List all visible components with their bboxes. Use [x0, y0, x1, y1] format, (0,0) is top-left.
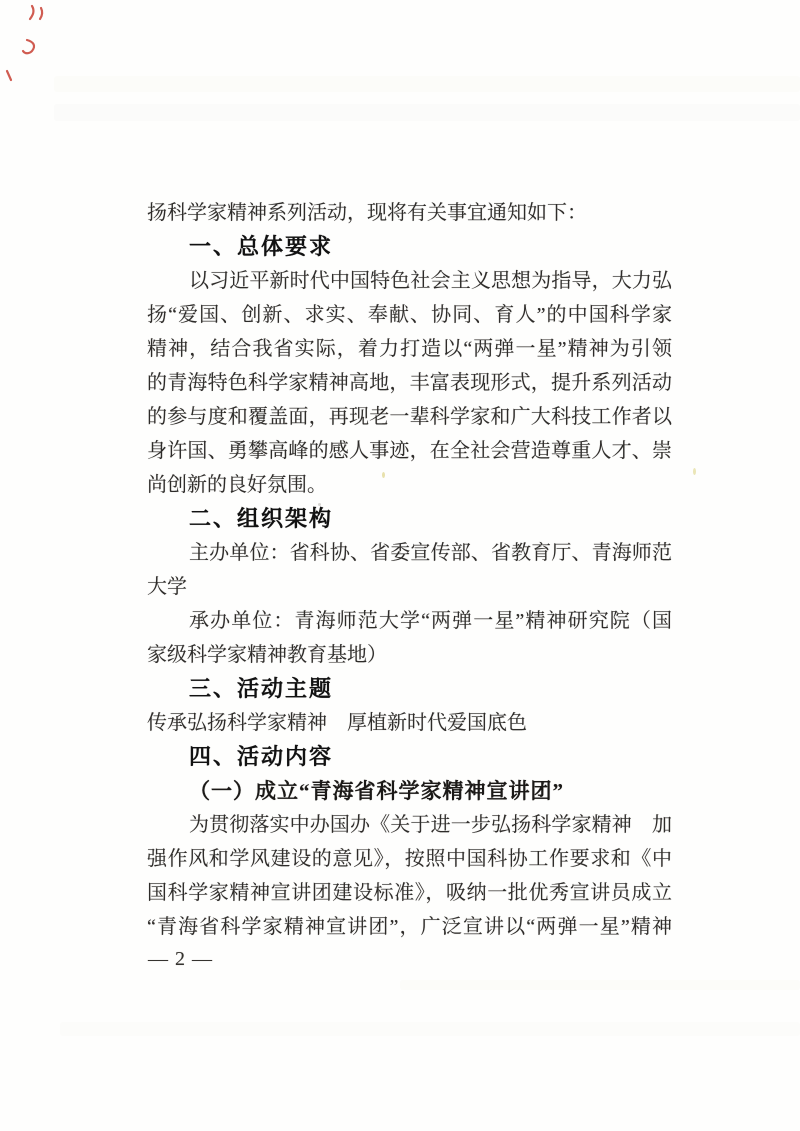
- scan-artifact-band: [400, 980, 800, 990]
- body-line: 扬“爱国、创新、求实、奉献、协同、育人”的中国科学家: [147, 298, 672, 332]
- body-line: 主办单位：省科协、省委宣传部、省教育厅、青海师范: [147, 536, 672, 570]
- section-heading: 四、活动内容: [147, 740, 672, 774]
- body-line: 国科学家精神宣讲团建设标准》，吸纳一批优秀宣讲员成立: [147, 876, 672, 910]
- body-line: 为贯彻落实中办国办《关于进一步弘扬科学家精神 加: [147, 808, 672, 842]
- body-line: 精神，结合我省实际，着力打造以“两弹一星”精神为引领: [147, 332, 672, 366]
- body-line: 身许国、勇攀高峰的感人事迹，在全社会营造尊重人才、崇: [147, 434, 672, 468]
- text-lines: 扬科学家精神系列活动，现将有关事宜通知如下：一、总体要求以习近平新时代中国特色社…: [147, 196, 672, 944]
- body-line: 以习近平新时代中国特色社会主义思想为指导，大力弘: [147, 264, 672, 298]
- section-heading: 三、活动主题: [147, 672, 672, 706]
- section-heading: 一、总体要求: [147, 230, 672, 264]
- body-line: 的青海特色科学家精神高地，丰富表现形式，提升系列活动: [147, 366, 672, 400]
- scan-speck: [693, 468, 696, 475]
- body-line: “青海省科学家精神宣讲团”，广泛宣讲以“两弹一星”精神: [147, 910, 672, 944]
- scan-artifact-band: [54, 104, 800, 121]
- page-number: — 2 —: [148, 948, 213, 971]
- section-heading: 二、组织架构: [147, 502, 672, 536]
- red-ink-marks: [0, 0, 70, 95]
- body-line: 强作风和学风建设的意见》，按照中国科协工作要求和《中: [147, 842, 672, 876]
- body-line: 大学: [147, 570, 672, 604]
- body-line: 尚创新的良好氛围。: [147, 468, 672, 502]
- body-line: 承办单位：青海师范大学“两弹一星”精神研究院（国: [147, 604, 672, 638]
- document-page: 扬科学家精神系列活动，现将有关事宜通知如下：一、总体要求以习近平新时代中国特色社…: [0, 0, 800, 1131]
- scan-artifact-band: [54, 76, 800, 92]
- body-line: 家级科学家精神教育基地）: [147, 638, 672, 672]
- body-line: 的参与度和覆盖面，再现老一辈科学家和广大科技工作者以: [147, 400, 672, 434]
- theme-line: 传承弘扬科学家精神 厚植新时代爱国底色: [147, 706, 672, 740]
- subsection-heading: （一）成立“青海省科学家精神宣讲团”: [147, 774, 672, 808]
- body-line: 扬科学家精神系列活动，现将有关事宜通知如下：: [147, 196, 672, 230]
- scan-artifact-band: [60, 1022, 800, 1036]
